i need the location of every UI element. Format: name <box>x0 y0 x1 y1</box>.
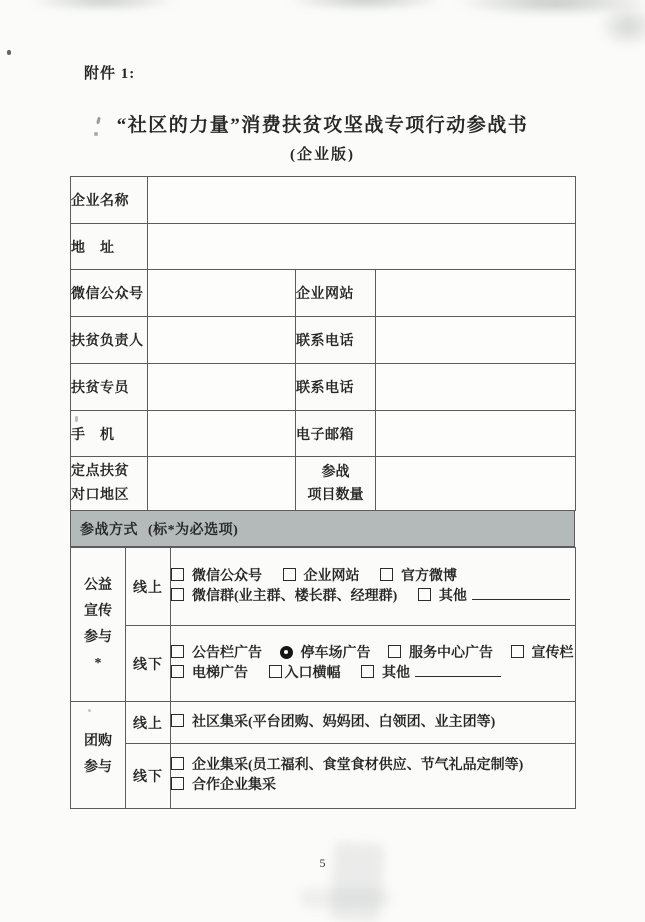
scan-smudge <box>28 0 178 10</box>
scan-smudge <box>285 0 445 10</box>
table-row: 线下 企业集采(员工福利、食堂食材供应、节气礼品定制等) 合作企业集采 <box>71 744 576 809</box>
faint-stamp <box>300 888 390 908</box>
option-company-website[interactable]: 企业网站 <box>283 567 360 587</box>
scanned-form-page: 附件 1: “社区的力量”消费扶贫攻坚战专项行动参战书 (企业版) 企业名称 地… <box>0 0 645 922</box>
checkbox-icon[interactable] <box>171 665 184 678</box>
option-publicity-column[interactable]: 宣传栏 <box>511 644 574 664</box>
scan-smudge <box>598 4 645 48</box>
option-entrance-banner[interactable]: 入口横幅 <box>269 664 341 684</box>
table-row: 定点扶贫 对口地区 参战 项目数量 <box>71 457 576 511</box>
label-company-name: 企业名称 <box>71 177 148 224</box>
checkbox-icon[interactable] <box>283 568 296 581</box>
input-poverty-specialist[interactable] <box>148 364 296 411</box>
channel-label-offline: 线下 <box>126 626 171 702</box>
section-note: (标*为必选项) <box>148 519 238 539</box>
label-poverty-specialist: 扶贫专员 <box>71 364 148 411</box>
options-cell: 公告栏广告 停车场广告 服务中心广告 宣传栏 电梯广告 入口横幅 其他 <box>171 626 576 702</box>
attachment-label: 附件 1: <box>84 62 135 83</box>
option-line: 企业集采(员工福利、食堂食材供应、节气礼品定制等) <box>171 756 575 776</box>
option-parking-lot-ad[interactable]: 停车场广告 <box>280 644 371 664</box>
group-label-public-welfare: 公益 宣传 参与 * <box>71 548 126 702</box>
scan-speck <box>7 50 11 55</box>
checkbox-icon[interactable] <box>171 757 184 770</box>
input-contact-phone-1[interactable] <box>376 317 576 364</box>
label-company-website: 企业网站 <box>296 270 376 317</box>
fill-in-line[interactable] <box>415 665 501 677</box>
group-label-group-buying: 团购 参与 <box>71 702 126 809</box>
input-poverty-lead[interactable] <box>148 317 296 364</box>
option-enterprise-procurement[interactable]: 企业集采(员工福利、食堂食材供应、节气礼品定制等) <box>171 756 523 776</box>
option-line: 微信公众号 企业网站 官方微博 <box>171 567 575 587</box>
table-row: 线下 公告栏广告 停车场广告 服务中心广告 宣传栏 电梯广告 入口横幅 其他 <box>71 626 576 702</box>
option-line: 合作企业集采 <box>171 776 575 796</box>
label-email: 电子邮箱 <box>296 411 376 457</box>
checkbox-icon[interactable] <box>171 588 184 601</box>
option-line: 社区集采(平台团购、妈妈团、白领团、业主团等) <box>171 713 575 733</box>
checkbox-icon[interactable] <box>171 714 184 727</box>
option-community-procurement[interactable]: 社区集采(平台团购、妈妈团、白领团、业主团等) <box>171 713 495 733</box>
label-wechat-account: 微信公众号 <box>71 270 148 317</box>
option-bulletin-board-ad[interactable]: 公告栏广告 <box>171 644 262 664</box>
input-mobile[interactable] <box>148 411 296 457</box>
option-line: 电梯广告 入口横幅 其他 <box>171 664 575 684</box>
table-row: 公益 宣传 参与 * 线上 微信公众号 企业网站 官方微博 微信群(业主群、楼长… <box>71 548 576 626</box>
input-wechat-account[interactable] <box>148 270 296 317</box>
page-number: 5 <box>0 856 645 871</box>
label-contact-phone-2: 联系电话 <box>296 364 376 411</box>
options-cell: 企业集采(员工福利、食堂食材供应、节气礼品定制等) 合作企业集采 <box>171 744 576 809</box>
checkbox-icon[interactable] <box>171 777 184 790</box>
label-contact-phone-1: 联系电话 <box>296 317 376 364</box>
checkbox-icon[interactable] <box>380 568 393 581</box>
option-other-online[interactable]: 其他 <box>418 587 570 607</box>
option-wechat-official-account[interactable]: 微信公众号 <box>171 567 262 587</box>
checkbox-icon[interactable] <box>418 588 431 601</box>
participation-table: 公益 宣传 参与 * 线上 微信公众号 企业网站 官方微博 微信群(业主群、楼长… <box>70 547 576 809</box>
label-mobile: 手 机 <box>71 411 148 457</box>
page-title: “社区的力量”消费扶贫攻坚战专项行动参战书 <box>0 110 645 137</box>
option-partner-enterprise-procurement[interactable]: 合作企业集采 <box>171 776 276 796</box>
option-official-weibo[interactable]: 官方微博 <box>380 567 457 587</box>
fill-in-line[interactable] <box>472 588 570 600</box>
input-company-website[interactable] <box>376 270 576 317</box>
checkbox-icon[interactable] <box>388 645 401 658</box>
options-cell: 社区集采(平台团购、妈妈团、白领团、业主团等) <box>171 702 576 744</box>
channel-label-online: 线上 <box>126 548 171 626</box>
input-project-count[interactable] <box>376 457 576 511</box>
checkbox-icon[interactable] <box>361 665 374 678</box>
checkbox-icon[interactable] <box>269 665 282 678</box>
option-line: 公告栏广告 停车场广告 服务中心广告 宣传栏 <box>171 644 575 664</box>
input-contact-phone-2[interactable] <box>376 364 576 411</box>
table-row: 企业名称 <box>71 177 576 224</box>
option-service-center-ad[interactable]: 服务中心广告 <box>388 644 493 664</box>
label-address: 地 址 <box>71 224 148 270</box>
input-designated-region[interactable] <box>148 457 296 511</box>
checkbox-icon[interactable] <box>171 645 184 658</box>
label-project-count: 参战 项目数量 <box>296 457 376 511</box>
option-wechat-groups[interactable]: 微信群(业主群、楼长群、经理群) <box>171 587 397 607</box>
input-address[interactable] <box>148 224 576 270</box>
faint-stamp <box>329 841 384 922</box>
option-elevator-ad[interactable]: 电梯广告 <box>171 664 248 684</box>
label-poverty-lead: 扶贫负责人 <box>71 317 148 364</box>
checkbox-icon[interactable] <box>171 568 184 581</box>
section-title: 参战方式 <box>80 519 138 539</box>
company-info-table: 企业名称 地 址 微信公众号 企业网站 扶贫负责人 联系电话 扶贫专员 联系电话… <box>70 176 576 511</box>
checkbox-icon[interactable] <box>511 645 524 658</box>
input-email[interactable] <box>376 411 576 457</box>
table-row: 地 址 <box>71 224 576 270</box>
channel-label-online: 线上 <box>126 702 171 744</box>
table-row: 扶贫负责人 联系电话 <box>71 317 576 364</box>
label-designated-region: 定点扶贫 对口地区 <box>71 457 148 511</box>
options-cell: 微信公众号 企业网站 官方微博 微信群(业主群、楼长群、经理群) 其他 <box>171 548 576 626</box>
page-subtitle: (企业版) <box>0 143 645 164</box>
input-company-name[interactable] <box>148 177 576 224</box>
table-row: 团购 参与 线上 社区集采(平台团购、妈妈团、白领团、业主团等) <box>71 702 576 744</box>
radio-selected-icon[interactable] <box>280 646 293 659</box>
table-row: 微信公众号 企业网站 <box>71 270 576 317</box>
section-header-participation-mode: 参战方式 (标*为必选项) <box>70 510 575 547</box>
table-row: 手 机 电子邮箱 <box>71 411 576 457</box>
table-row: 扶贫专员 联系电话 <box>71 364 576 411</box>
option-line: 微信群(业主群、楼长群、经理群) 其他 <box>171 587 575 607</box>
channel-label-offline: 线下 <box>126 744 171 809</box>
option-other-offline[interactable]: 其他 <box>361 664 501 684</box>
